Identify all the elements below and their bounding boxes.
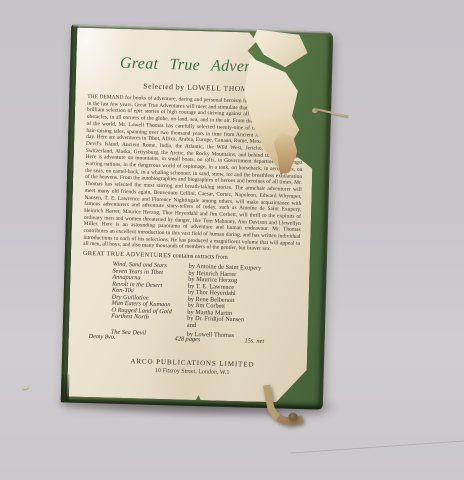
page-count: 428 pages <box>174 335 200 343</box>
photo-scene: Great True Adventures Selected by LOWELL… <box>0 0 464 480</box>
price: 15s. net <box>244 337 264 345</box>
book-format: Demy 8vo. <box>89 333 116 341</box>
extracts-heading-rest: contains extracts from <box>171 252 228 261</box>
extracts-heading: GREAT TRUE ADVENTURES contains extracts … <box>83 250 228 261</box>
extracts-list: Wind, Sand and Starsby Antoine de Saint … <box>111 262 305 342</box>
book-back-cover: Great True Adventures Selected by LOWELL… <box>61 24 333 409</box>
extracts-heading-title: GREAT TRUE ADVENTURES <box>83 250 171 259</box>
bottom-left-cover-sliver <box>61 374 70 402</box>
publisher-block: ARCO PUBLICATIONS LIMITED 10 Fitzroy Str… <box>68 355 307 378</box>
